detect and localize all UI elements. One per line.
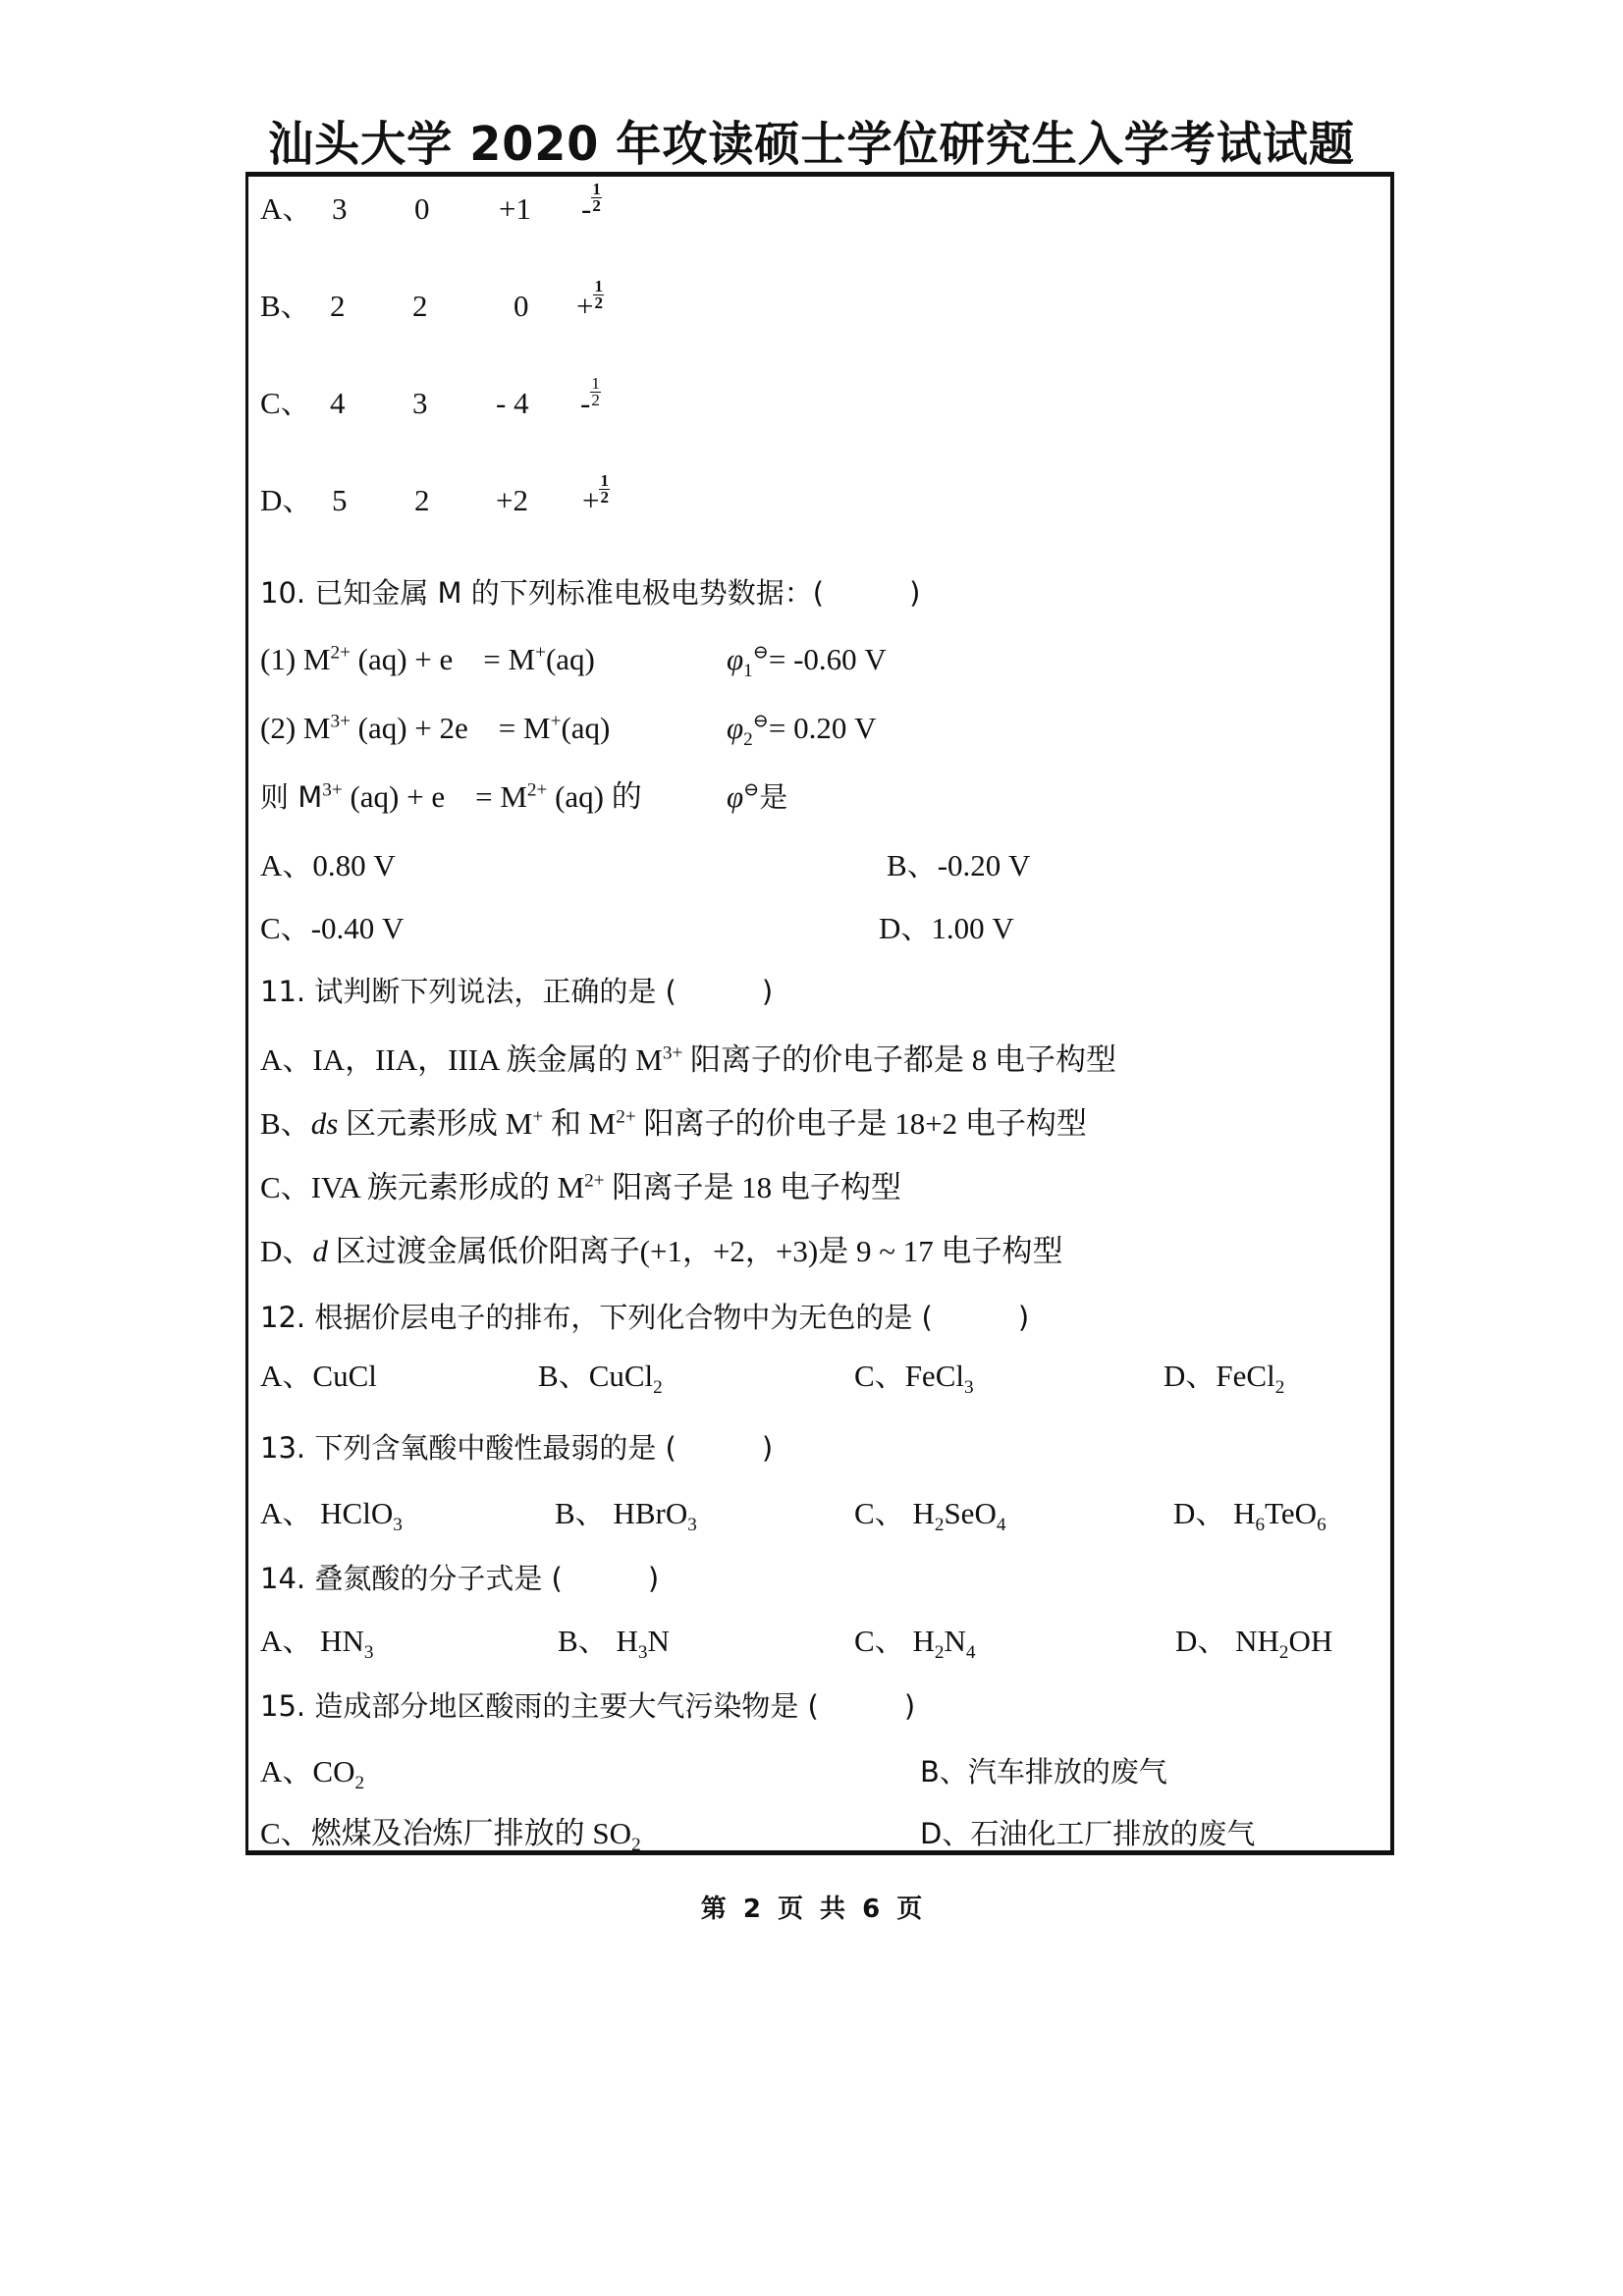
formula: SeO	[944, 1496, 996, 1530]
q10-option-a: A、0.80 V	[260, 846, 396, 885]
potential-value: = -0.60 V	[769, 642, 887, 676]
q13-option-d: D、 H6TeO6	[1173, 1494, 1326, 1533]
q14-option-a: A、 HN3	[260, 1622, 374, 1661]
option-label: C、	[854, 1359, 905, 1393]
quantum-m: +1	[499, 189, 531, 229]
option-text: 和 M	[543, 1106, 616, 1141]
formula-subscript: 3	[393, 1515, 403, 1535]
eq-text: (aq) 的	[547, 779, 641, 814]
option-text: 0.80 V	[312, 848, 395, 882]
q13-option-b: B、 HBrO3	[555, 1494, 697, 1533]
q10-equation-1: (1) M2+ (aq) + e = M+(aq) φ1⊖= -0.60 V	[260, 640, 595, 679]
formula: HN	[320, 1624, 364, 1658]
ms-sign: -	[581, 191, 591, 226]
option-text: -0.20 V	[938, 848, 1031, 882]
potential-unknown: φ⊖是	[727, 777, 787, 817]
formula: TeO	[1265, 1496, 1317, 1530]
option-label: A、	[260, 1359, 312, 1393]
option-label: B、	[260, 287, 311, 326]
option-label: D、	[920, 1817, 970, 1850]
option-label: A、	[260, 1042, 312, 1077]
option-text: 汽车排放的废气	[968, 1755, 1167, 1789]
page-indicator: 第 2 页 共 6 页	[0, 1889, 1623, 1925]
option-label: D、	[260, 481, 312, 520]
eq-text: (aq) + 2e = M	[351, 711, 551, 745]
q15-option-a: A、CO2	[260, 1752, 364, 1791]
formula: H	[912, 1624, 934, 1658]
formula-subscript: 2	[1275, 1377, 1285, 1398]
exam-title: 汕头大学 2020 年攻读硕士学位研究生入学考试试题	[32, 106, 1591, 174]
q11-option-a: A、IA，IIA，IIIA 族金属的 M3+ 阳离子的价电子都是 8 电子构型	[260, 1041, 1116, 1080]
formula: CuCl	[312, 1359, 376, 1393]
fraction-denominator: 2	[590, 393, 601, 408]
option-text: 燃煤及冶炼厂排放的 SO	[311, 1816, 631, 1850]
option-label: D、	[1173, 1496, 1225, 1530]
q14-option-b: B、 H3N	[558, 1622, 670, 1661]
eq-text: (aq) + e = M	[351, 642, 535, 676]
q10-option-c: C、-0.40 V	[260, 909, 404, 948]
q11-stem: 11. 试判断下列说法，正确的是 ( )	[260, 972, 773, 1011]
q11-option-c: C、IVA 族元素形成的 M2+ 阳离子是 18 电子构型	[260, 1168, 901, 1207]
formula: H	[616, 1624, 637, 1658]
q10-option-d: D、1.00 V	[879, 909, 1014, 948]
formula: FeCl	[905, 1359, 964, 1393]
option-label: D、	[260, 1234, 312, 1268]
option-label: B、	[555, 1496, 606, 1530]
q14-stem: 14. 叠氮酸的分子式是 ( )	[260, 1559, 659, 1598]
quantum-m: 0	[514, 287, 529, 326]
eq-text: (aq)	[561, 711, 610, 745]
formula-subscript: 2	[1279, 1642, 1289, 1663]
option-label: D、	[1163, 1359, 1216, 1393]
option-label: C、	[854, 1624, 905, 1658]
fraction: 12	[591, 182, 602, 214]
option-label: A、	[260, 1754, 312, 1789]
option-label: C、	[260, 1170, 311, 1204]
formula: HBrO	[613, 1496, 687, 1530]
formula: CuCl	[589, 1359, 653, 1393]
fraction: 12	[590, 376, 601, 408]
quantum-l: 2	[412, 287, 428, 326]
option-text: CO	[312, 1754, 354, 1789]
q12-option-c: C、FeCl3	[854, 1357, 974, 1396]
phi-symbol: φ	[727, 779, 743, 814]
block-symbol: ds	[311, 1106, 339, 1141]
eq-text: (2) M	[260, 711, 330, 745]
charge-superscript: +	[551, 712, 562, 732]
quantum-ms: +12	[582, 481, 610, 520]
formula-subscript: 2	[935, 1642, 945, 1663]
q12-option-a: A、CuCl	[260, 1357, 377, 1396]
charge-superscript: 3+	[663, 1043, 682, 1064]
phi-symbol: φ	[727, 642, 743, 676]
option-label: C、	[260, 1816, 311, 1850]
option-label: D、	[1175, 1624, 1227, 1658]
charge-superscript: 2+	[616, 1107, 635, 1128]
formula: H	[912, 1496, 934, 1530]
q14-option-d: D、 NH2OH	[1175, 1622, 1332, 1661]
fraction-denominator: 2	[591, 198, 602, 214]
q15-option-d: D、石油化工厂排放的废气	[920, 1814, 1255, 1853]
potential-1: φ1⊖= -0.60 V	[727, 640, 887, 679]
option-text: IVA 族元素形成的 M	[311, 1170, 584, 1204]
quantum-l: 2	[414, 481, 430, 520]
option-text: 石油化工厂排放的废气	[970, 1817, 1255, 1850]
fraction: 12	[599, 473, 610, 506]
option-label: A、	[260, 1496, 312, 1530]
eq-text: (aq)	[546, 642, 595, 676]
standard-state-symbol: ⊖	[753, 643, 769, 664]
q10-option-b: B、-0.20 V	[887, 846, 1030, 885]
eq-text: (1) M	[260, 642, 330, 676]
option-text: 1.00 V	[931, 911, 1013, 945]
option-label: B、	[260, 1106, 311, 1141]
option-label: A、	[260, 189, 312, 229]
option-label: C、	[260, 911, 311, 945]
formula-subscript: 3	[364, 1642, 374, 1663]
phi-subscript: 1	[743, 661, 753, 681]
quantum-m: +2	[496, 481, 528, 520]
quantum-n: 5	[332, 481, 348, 520]
quantum-l: 0	[414, 189, 430, 229]
formula: NH	[1235, 1624, 1279, 1658]
option-label: B、	[538, 1359, 589, 1393]
quantum-m: - 4	[496, 384, 529, 423]
q15-stem: 15. 造成部分地区酸雨的主要大气污染物是 ( )	[260, 1686, 915, 1726]
q12-option-d: D、FeCl2	[1163, 1357, 1284, 1396]
option-text: 阳离子的价电子是 18+2 电子构型	[636, 1106, 1087, 1141]
quantum-n: 2	[330, 287, 346, 326]
option-label: A、	[260, 1624, 312, 1658]
q15-option-c: C、燃煤及冶炼厂排放的 SO2	[260, 1814, 641, 1853]
charge-superscript: 2+	[527, 780, 547, 801]
q10-question: 则 M3+ (aq) + e = M2+ (aq) 的 φ⊖是	[260, 777, 642, 817]
formula: H	[1233, 1496, 1255, 1530]
quantum-ms: -12	[580, 384, 601, 423]
option-label: C、	[260, 384, 311, 423]
formula-subscript: 4	[997, 1515, 1006, 1535]
potential-value: = 0.20 V	[769, 711, 877, 745]
q15-option-b: B、汽车排放的废气	[920, 1752, 1167, 1791]
formula-subscript: 3	[687, 1515, 697, 1535]
q13-option-c: C、 H2SeO4	[854, 1494, 1005, 1533]
potential-2: φ2⊖= 0.20 V	[727, 709, 876, 748]
charge-superscript: +	[535, 643, 546, 664]
formula: N	[647, 1624, 669, 1658]
formula-subscript: 2	[935, 1515, 945, 1535]
option-label: D、	[879, 911, 931, 945]
eq-text: 是	[759, 780, 787, 814]
option-label: B、	[887, 848, 938, 882]
q12-stem: 12. 根据价层电子的排布，下列化合物中为无色的是 ( )	[260, 1298, 1029, 1337]
formula-subscript: 2	[653, 1377, 663, 1398]
fraction-denominator: 2	[593, 295, 604, 311]
q11-option-b: B、ds 区元素形成 M+ 和 M2+ 阳离子的价电子是 18+2 电子构型	[260, 1104, 1087, 1144]
formula-subscript: 3	[964, 1377, 974, 1398]
standard-state-symbol: ⊖	[753, 712, 769, 732]
ms-sign: +	[582, 483, 599, 517]
formula: HClO	[320, 1496, 393, 1530]
q11-option-d: D、d 区过渡金属低价阳离子(+1，+2，+3)是 9 ~ 17 电子构型	[260, 1232, 1063, 1271]
charge-superscript: 3+	[330, 712, 350, 732]
charge-superscript: 2+	[584, 1171, 604, 1192]
option-label: A、	[260, 848, 312, 882]
phi-symbol: φ	[727, 711, 743, 745]
eq-text: 则 M	[260, 780, 322, 814]
option-text: 区过渡金属低价阳离子(+1，+2，+3)是 9 ~ 17 电子构型	[328, 1234, 1063, 1268]
eq-text: (aq) + e = M	[343, 779, 527, 814]
q10-equation-2: (2) M3+ (aq) + 2e = M+(aq) φ2⊖= 0.20 V	[260, 709, 610, 748]
charge-superscript: 3+	[322, 780, 342, 801]
option-text: IA，IIA，IIIA 族金属的 M	[312, 1042, 662, 1077]
standard-state-symbol: ⊖	[743, 780, 759, 801]
quantum-n: 4	[330, 384, 346, 423]
q14-option-c: C、 H2N4	[854, 1622, 975, 1661]
ms-sign: -	[580, 386, 590, 420]
question-frame	[245, 172, 1394, 1855]
quantum-n: 3	[332, 189, 348, 229]
fraction: 12	[593, 279, 604, 311]
option-label: B、	[558, 1624, 609, 1658]
ms-sign: +	[576, 289, 593, 323]
q12-option-b: B、CuCl2	[538, 1357, 663, 1396]
formula-subscript: 4	[966, 1642, 976, 1663]
formula-subscript: 6	[1317, 1515, 1326, 1535]
block-symbol: d	[312, 1234, 328, 1268]
phi-subscript: 2	[743, 729, 753, 750]
q13-option-a: A、 HClO3	[260, 1494, 403, 1533]
formula: OH	[1289, 1624, 1333, 1658]
q10-stem: 10. 已知金属 M 的下列标准电极电势数据：( )	[260, 573, 920, 613]
formula-subscript: 2	[631, 1835, 641, 1855]
formula: FeCl	[1216, 1359, 1274, 1393]
quantum-ms: -12	[581, 189, 602, 229]
option-text: 阳离子是 18 电子构型	[605, 1170, 901, 1204]
option-text: -0.40 V	[311, 911, 405, 945]
option-label: C、	[854, 1496, 905, 1530]
fraction-denominator: 2	[599, 490, 610, 506]
formula-subscript: 3	[638, 1642, 648, 1663]
option-text: 区元素形成 M	[338, 1106, 532, 1141]
charge-superscript: 2+	[330, 643, 350, 664]
formula-subscript: 2	[354, 1773, 364, 1793]
option-label: B、	[920, 1755, 968, 1789]
charge-superscript: +	[532, 1107, 543, 1128]
quantum-l: 3	[412, 384, 428, 423]
formula-subscript: 6	[1256, 1515, 1266, 1535]
option-text: 阳离子的价电子都是 8 电子构型	[682, 1042, 1116, 1077]
q13-stem: 13. 下列含氧酸中酸性最弱的是 ( )	[260, 1428, 773, 1468]
formula: N	[944, 1624, 965, 1658]
quantum-ms: +12	[576, 287, 604, 326]
